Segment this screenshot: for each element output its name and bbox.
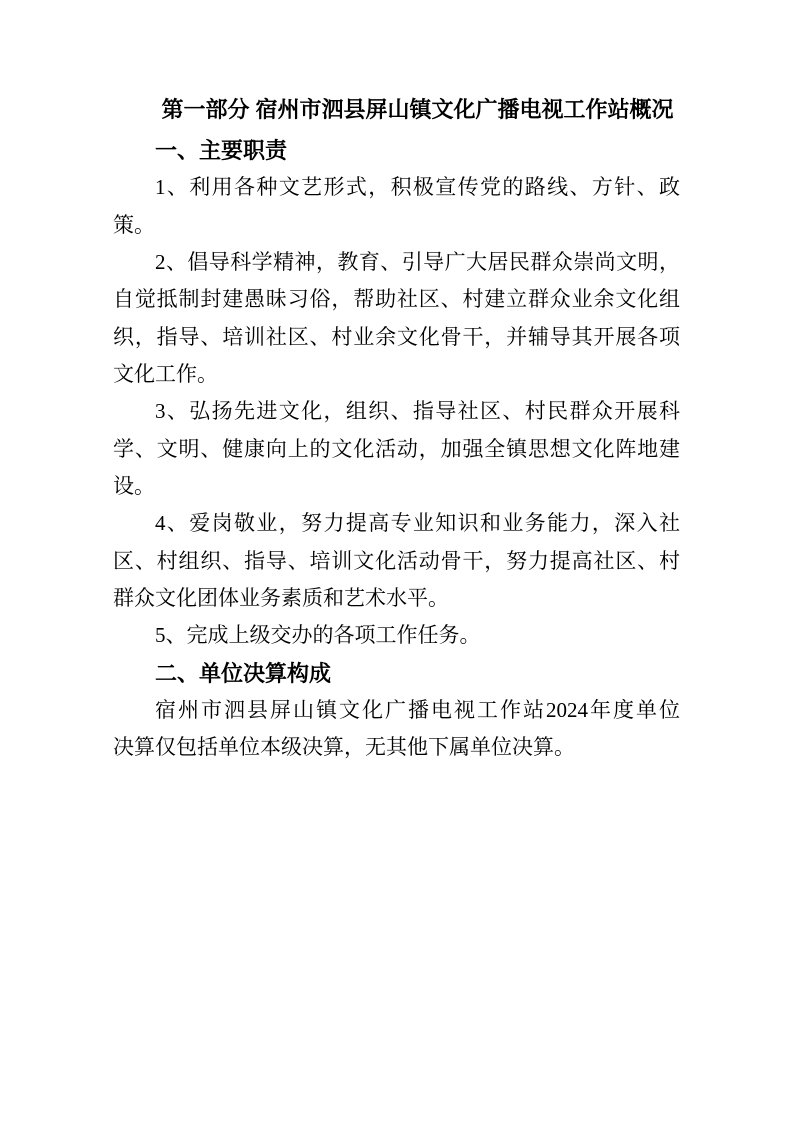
document-page: 第一部分 宿州市泗县屏山镇文化广播电视工作站概况 一、主要职责1、利用各种文艺形…	[0, 0, 793, 1122]
text-line: 织，指导、培训社区、村业余文化骨干，并辅导其开展各项	[113, 319, 680, 356]
text-line: 文化工作。	[113, 356, 680, 393]
document-lines: 一、主要职责1、利用各种文艺形式，积极宣传党的路线、方针、政策。2、倡导科学精神…	[113, 132, 680, 767]
text-line: 区、村组织、指导、培训文化活动骨干，努力提高社区、村	[113, 543, 680, 580]
text-line: 宿州市泗县屏山镇文化广播电视工作站2024年度单位	[113, 692, 680, 729]
text-line: 2、倡导科学精神，教育、引导广大居民群众崇尚文明，	[113, 244, 680, 281]
text-line: 决算仅包括单位本级决算，无其他下属单位决算。	[113, 729, 680, 766]
text-line: 5、完成上级交办的各项工作任务。	[113, 617, 680, 654]
text-line: 3、弘扬先进文化，组织、指导社区、村民群众开展科	[113, 393, 680, 430]
section-heading: 一、主要职责	[113, 132, 680, 169]
document-body: 第一部分 宿州市泗县屏山镇文化广播电视工作站概况 一、主要职责1、利用各种文艺形…	[113, 88, 680, 767]
text-line: 群众文化团体业务素质和艺术水平。	[113, 580, 680, 617]
text-line: 1、利用各种文艺形式，积极宣传党的路线、方针、政	[113, 169, 680, 206]
text-line: 自觉抵制封建愚昧习俗，帮助社区、村建立群众业余文化组	[113, 281, 680, 318]
text-line: 学、文明、健康向上的文化活动，加强全镇思想文化阵地建	[113, 431, 680, 468]
text-line: 策。	[113, 207, 680, 244]
text-line: 设。	[113, 468, 680, 505]
section-heading: 二、单位决算构成	[113, 655, 680, 692]
text-line: 4、爱岗敬业，努力提高专业知识和业务能力，深入社	[113, 505, 680, 542]
document-title: 第一部分 宿州市泗县屏山镇文化广播电视工作站概况	[113, 88, 680, 132]
